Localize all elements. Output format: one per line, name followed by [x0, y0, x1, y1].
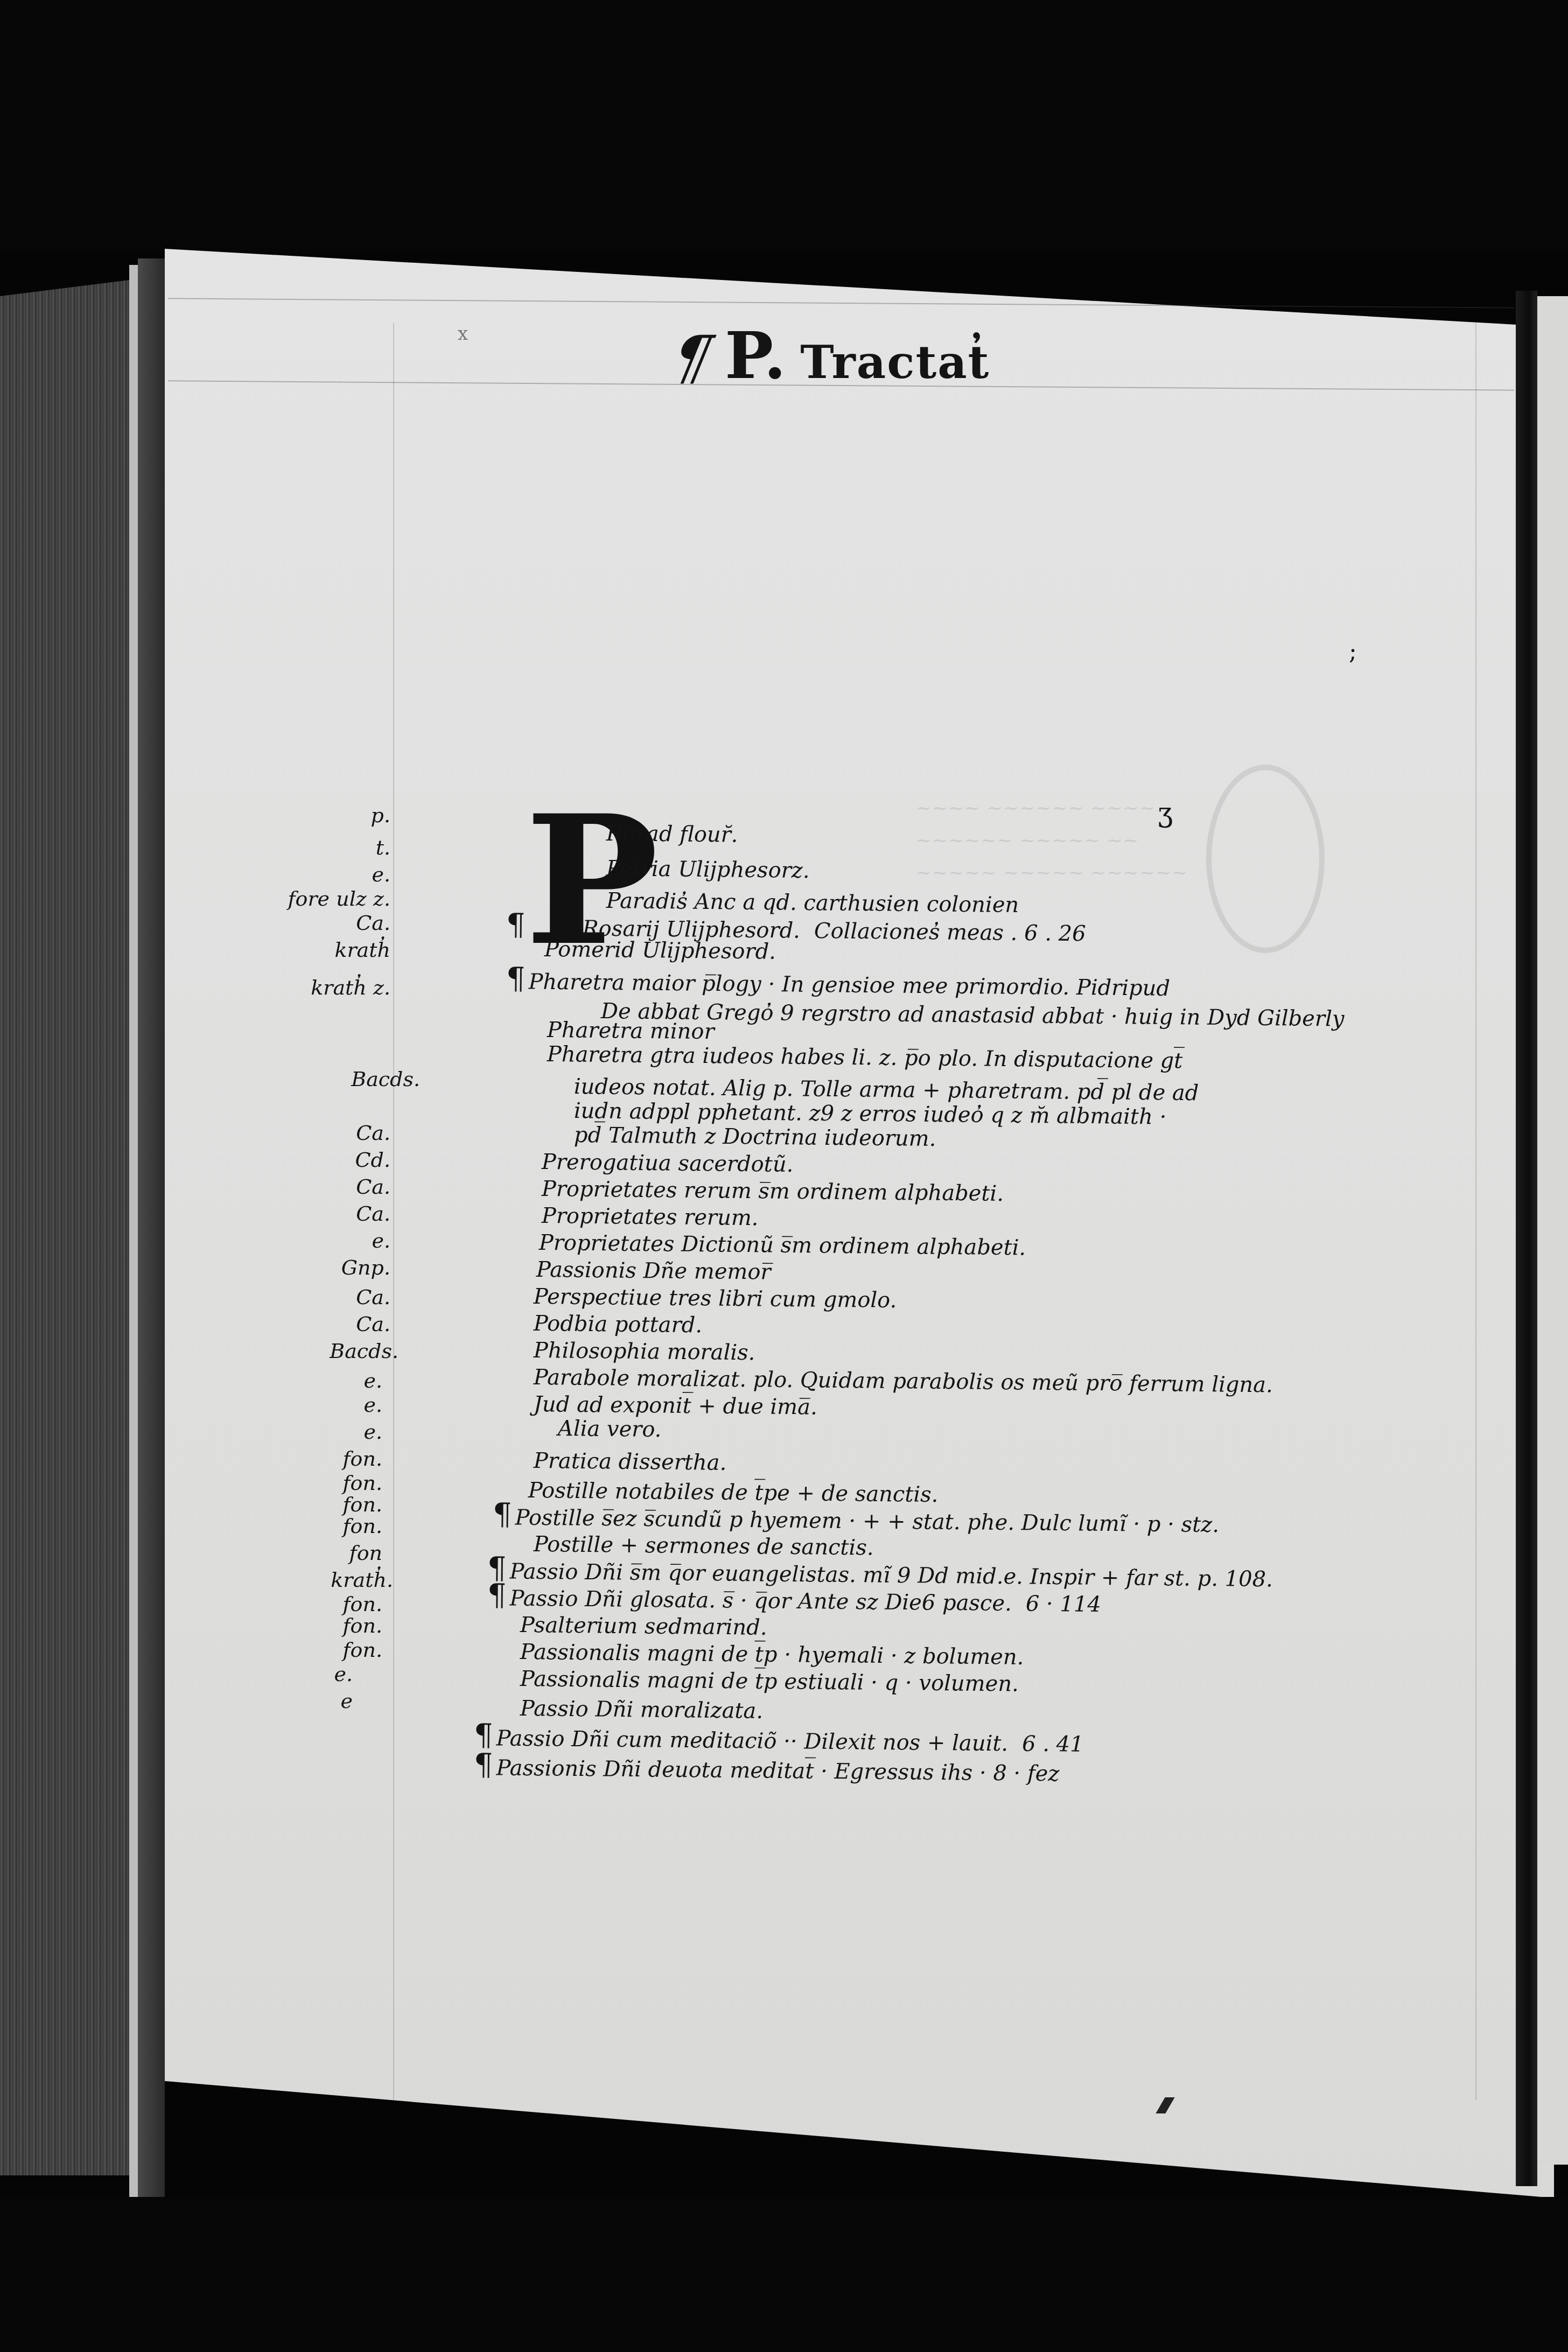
entry-text: Passionis Dñi deuota meditat̅ · Egressu… [496, 1755, 1059, 1786]
margin-note: e. [250, 1230, 390, 1251]
margin-note: fon. [242, 1448, 382, 1469]
catalogue-entries: Rarad flour̆. Petria Ulijphesorz. Paradi… [0, 0, 1568, 2352]
margin-note: e. [242, 1370, 382, 1391]
pilcrow-icon [544, 1034, 544, 1069]
margin-note: Bacds. [258, 1341, 398, 1361]
pilcrow-icon [541, 929, 542, 964]
margin-note: e. [242, 1422, 382, 1442]
entry-reference: 6 . 41 [1022, 1732, 1084, 1757]
pilcrow-icon: ¶ [506, 961, 526, 996]
pilcrow-icon [517, 1658, 517, 1693]
margin-note: Ca. [250, 1177, 390, 1197]
margin-note: e. [213, 1664, 353, 1684]
margin-note: t. [250, 837, 390, 858]
margin-note: krath̓ [250, 940, 390, 960]
entry: Passio Dñi moralizata. [517, 1691, 764, 1724]
pilcrow-icon [530, 1384, 531, 1419]
margin-note: Gnp. [250, 1257, 390, 1278]
margin-note: fore ulz z. [250, 888, 390, 909]
entry: Petria Ulijphesorz. [603, 851, 810, 883]
margin-note: fon. [242, 1516, 382, 1536]
margin-note: Ca. [250, 913, 390, 933]
pilcrow-icon [603, 880, 604, 915]
entry-text: Alia vero. [558, 1416, 662, 1442]
margin-note: Ca. [250, 1123, 390, 1143]
pilcrow-icon [603, 848, 604, 883]
margin-note: krath̓ z. [250, 977, 390, 998]
pilcrow-icon [603, 813, 604, 848]
entry-text: Pharetra gtra iudeos habes li. z. p̅o pl… [547, 1042, 1183, 1073]
margin-note: e. [242, 1395, 382, 1415]
pilcrow-icon [517, 1688, 517, 1723]
entry: Alia vero. [555, 1411, 662, 1442]
margin-note: krath̓. [253, 1570, 393, 1590]
pilcrow-icon: ¶ [487, 1578, 507, 1613]
entry: Pratica dissertha. [530, 1443, 727, 1475]
margin-note: p. [250, 805, 390, 825]
pilcrow-icon [530, 1440, 531, 1475]
margin-note: fon. [242, 1494, 382, 1515]
pilcrow-icon: ¶ [474, 1747, 493, 1782]
margin-note: e. [250, 864, 390, 885]
entry-text: Pomerid Ulijphesord. [544, 937, 776, 964]
margin-note: Bacds. [280, 1069, 420, 1089]
entry: ¶Passionis Dñi deuota meditat̅ · Egress… [474, 1750, 1060, 1786]
entry-text: Pratica dissertha. [534, 1448, 727, 1475]
margin-note: Cd. [250, 1150, 390, 1170]
margin-note: fon. [242, 1640, 382, 1660]
entry: Pomerid Ulijphesord. [541, 932, 776, 964]
entry-text: Petria Ulijphesorz. [606, 856, 810, 883]
entry-text: Passio Dñi moralizata. [520, 1696, 764, 1724]
margin-note: e [213, 1691, 353, 1711]
entry-reference: Collaciones̓ meas . 6 . 26 [814, 919, 1086, 946]
margin-note: fon. [242, 1615, 382, 1636]
entry: Rarad flour̆. [603, 816, 738, 848]
margin-note: Ca. [250, 1287, 390, 1307]
pilcrow-icon: ¶ [506, 907, 526, 942]
entry-reference: 6 · 114 [1026, 1591, 1101, 1616]
margin-note: Ca. [250, 1314, 390, 1334]
entry-text: Rarad flour̆. [606, 821, 738, 848]
margin-note: fon. [242, 1473, 382, 1493]
pilcrow-icon [555, 1408, 555, 1443]
margin-note: fon [242, 1543, 382, 1563]
pilcrow-icon: ¶ [493, 1497, 512, 1532]
margin-note: Ca. [250, 1203, 390, 1224]
entry: Pharetra gtra iudeos habes li. z. p̅o pl… [544, 1037, 1183, 1073]
margin-note: fon. [242, 1594, 382, 1614]
